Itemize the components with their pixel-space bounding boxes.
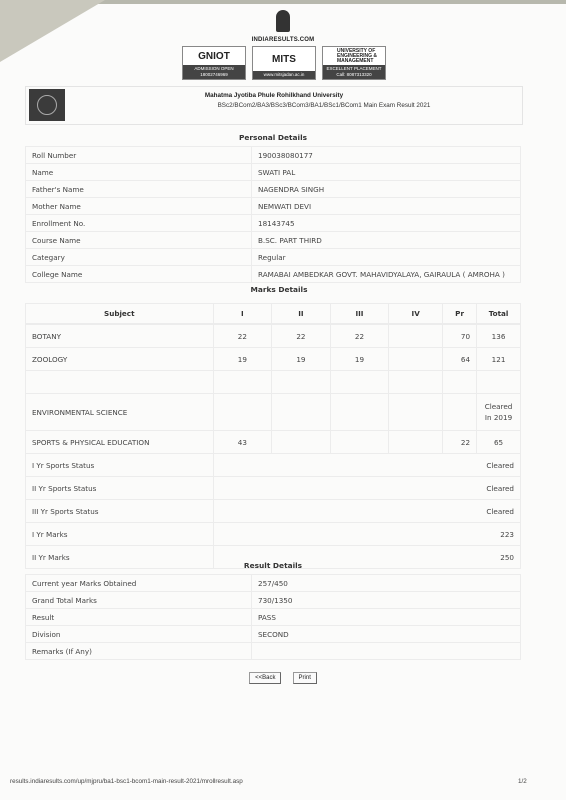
row-label: Father's Name — [26, 181, 252, 198]
ad-gniot[interactable]: GNIOT ADMISSION OPEN 18002746969 — [182, 46, 246, 80]
section-title: Marks Details — [25, 285, 533, 307]
status-row: II Yr Sports StatusCleared — [26, 477, 521, 500]
marks-row: BOTANY22222270136 — [26, 325, 521, 348]
status-row: I Yr Marks223 — [26, 523, 521, 546]
page-url: results.indiaresults.com/up/mjpru/ba1-bs… — [10, 778, 243, 785]
section-title: Personal Details — [26, 128, 521, 147]
ad-mits[interactable]: MITS www.mitsjadan.ac.in — [252, 46, 316, 80]
mark-cell — [272, 394, 331, 431]
row-label: I Yr Sports Status — [26, 454, 214, 477]
row-value: B.SC. PART THIRD — [252, 232, 521, 249]
mark-cell — [477, 371, 521, 394]
back-button[interactable]: <<Back — [249, 672, 281, 684]
ad-subtitle: ADMISSION OPEN 18002746969 — [183, 65, 245, 79]
row-label: Mother Name — [26, 198, 252, 215]
row-label: Name — [26, 164, 252, 181]
mark-cell — [389, 431, 443, 454]
subject-status: Cleared In 2019 — [477, 394, 521, 431]
mark-cell: 70 — [443, 325, 477, 348]
row-label: I Yr Marks — [26, 523, 214, 546]
site-brand[interactable]: INDIARESULTS.COM — [0, 10, 566, 43]
row-value: RAMABAI AMBEDKAR GOVT. MAHAVIDYALAYA, GA… — [252, 266, 521, 283]
row-value: 223 — [213, 523, 520, 546]
row-value: SWATI PAL — [252, 164, 521, 181]
row-value: 190038080177 — [252, 147, 521, 164]
mark-cell — [330, 371, 389, 394]
detail-row: NameSWATI PAL — [26, 164, 521, 181]
subject-name: ZOOLOGY — [26, 348, 214, 371]
page-number: 1/2 — [518, 778, 527, 785]
row-label: Current year Marks Obtained — [26, 575, 252, 592]
mark-cell — [389, 371, 443, 394]
mark-cell — [389, 394, 443, 431]
subject-name — [26, 371, 214, 394]
row-label: III Yr Sports Status — [26, 500, 214, 523]
mark-cell: 136 — [477, 325, 521, 348]
mark-cell: 22 — [272, 325, 331, 348]
row-label: Division — [26, 626, 252, 643]
mark-cell: 22 — [330, 325, 389, 348]
detail-row: Father's NameNAGENDRA SINGH — [26, 181, 521, 198]
university-name: Mahatma Jyotiba Phule Rohilkhand Univers… — [26, 92, 522, 99]
row-label: Course Name — [26, 232, 252, 249]
detail-row: CategaryRegular — [26, 249, 521, 266]
mark-cell: 19 — [330, 348, 389, 371]
row-value: Cleared — [213, 500, 520, 523]
row-value: 257/450 — [252, 575, 521, 592]
row-label: Remarks (If Any) — [26, 643, 252, 660]
detail-row: Remarks (If Any) — [26, 643, 521, 660]
row-value: 730/1350 — [252, 592, 521, 609]
ad-banners: GNIOT ADMISSION OPEN 18002746969 MITS ww… — [182, 46, 386, 80]
mark-cell: 43 — [213, 431, 272, 454]
row-label: College Name — [26, 266, 252, 283]
status-row: I Yr Sports StatusCleared — [26, 454, 521, 477]
subject-name: BOTANY — [26, 325, 214, 348]
row-value: 18143745 — [252, 215, 521, 232]
row-label: Roll Number — [26, 147, 252, 164]
row-value: Cleared — [213, 454, 520, 477]
mark-cell: 65 — [477, 431, 521, 454]
marks-details: Marks Details SubjectIIIIIIIVPrTotal BOT… — [25, 303, 521, 569]
brand-name: INDIARESULTS.COM — [0, 37, 566, 43]
ad-subtitle: www.mitsjadan.ac.in — [253, 71, 315, 79]
section-title: Result Details — [26, 556, 521, 575]
row-value: NEMWATI DEVI — [252, 198, 521, 215]
mark-cell: 121 — [477, 348, 521, 371]
print-button[interactable]: Print — [293, 672, 317, 684]
mark-cell: 64 — [443, 348, 477, 371]
exam-name: BSc2/BCom2/BA3/BSc3/BCom3/BA1/BSc1/BCom1… — [26, 102, 522, 109]
mark-cell — [330, 431, 389, 454]
mark-cell: 22 — [443, 431, 477, 454]
marks-row: SPORTS & PHYSICAL EDUCATION432265 — [26, 431, 521, 454]
detail-row: Roll Number190038080177 — [26, 147, 521, 164]
marks-row: ENVIRONMENTAL SCIENCECleared In 2019 — [26, 394, 521, 431]
subject-name: SPORTS & PHYSICAL EDUCATION — [26, 431, 214, 454]
mark-cell — [272, 431, 331, 454]
mark-cell: 19 — [272, 348, 331, 371]
status-row: III Yr Sports StatusCleared — [26, 500, 521, 523]
row-value: PASS — [252, 609, 521, 626]
row-label: II Yr Sports Status — [26, 477, 214, 500]
indiaresults-logo-icon — [276, 10, 290, 32]
mark-cell: 19 — [213, 348, 272, 371]
row-label: Grand Total Marks — [26, 592, 252, 609]
mark-cell — [389, 325, 443, 348]
subject-name: ENVIRONMENTAL SCIENCE — [26, 394, 214, 431]
row-value — [252, 643, 521, 660]
row-value: Cleared — [213, 477, 520, 500]
result-header: Mahatma Jyotiba Phule Rohilkhand Univers… — [25, 86, 523, 125]
detail-row: College NameRAMABAI AMBEDKAR GOVT. MAHAV… — [26, 266, 521, 283]
mark-cell — [330, 394, 389, 431]
row-label: Enrollment No. — [26, 215, 252, 232]
ad-title: UNIVERSITY OF ENGINEERING & MANAGEMENT — [323, 47, 385, 65]
mark-cell: 22 — [213, 325, 272, 348]
marks-row: ZOOLOGY19191964121 — [26, 348, 521, 371]
row-value: SECOND — [252, 626, 521, 643]
mark-cell — [272, 371, 331, 394]
detail-row: Grand Total Marks730/1350 — [26, 592, 521, 609]
row-label: Categary — [26, 249, 252, 266]
row-label: Result — [26, 609, 252, 626]
ad-subtitle: EXCELLENT PLACEMENT Call: 8087313320 — [323, 65, 385, 79]
ad-title: GNIOT — [183, 47, 245, 65]
detail-row: Course NameB.SC. PART THIRD — [26, 232, 521, 249]
result-details: Result Details Current year Marks Obtain… — [25, 556, 521, 660]
action-buttons: <<Back Print — [0, 664, 566, 684]
row-value: NAGENDRA SINGH — [252, 181, 521, 198]
row-value: Regular — [252, 249, 521, 266]
detail-row: Current year Marks Obtained257/450 — [26, 575, 521, 592]
detail-row: Mother NameNEMWATI DEVI — [26, 198, 521, 215]
detail-row: DivisionSECOND — [26, 626, 521, 643]
mark-cell — [443, 394, 477, 431]
detail-row: Enrollment No.18143745 — [26, 215, 521, 232]
mark-cell — [389, 348, 443, 371]
mark-cell — [213, 394, 272, 431]
ad-uem[interactable]: UNIVERSITY OF ENGINEERING & MANAGEMENT E… — [322, 46, 386, 80]
mark-cell — [443, 371, 477, 394]
mark-cell — [213, 371, 272, 394]
detail-row: ResultPASS — [26, 609, 521, 626]
personal-details: Personal Details Roll Number190038080177… — [25, 128, 521, 283]
ad-title: MITS — [253, 47, 315, 71]
marks-row — [26, 371, 521, 394]
